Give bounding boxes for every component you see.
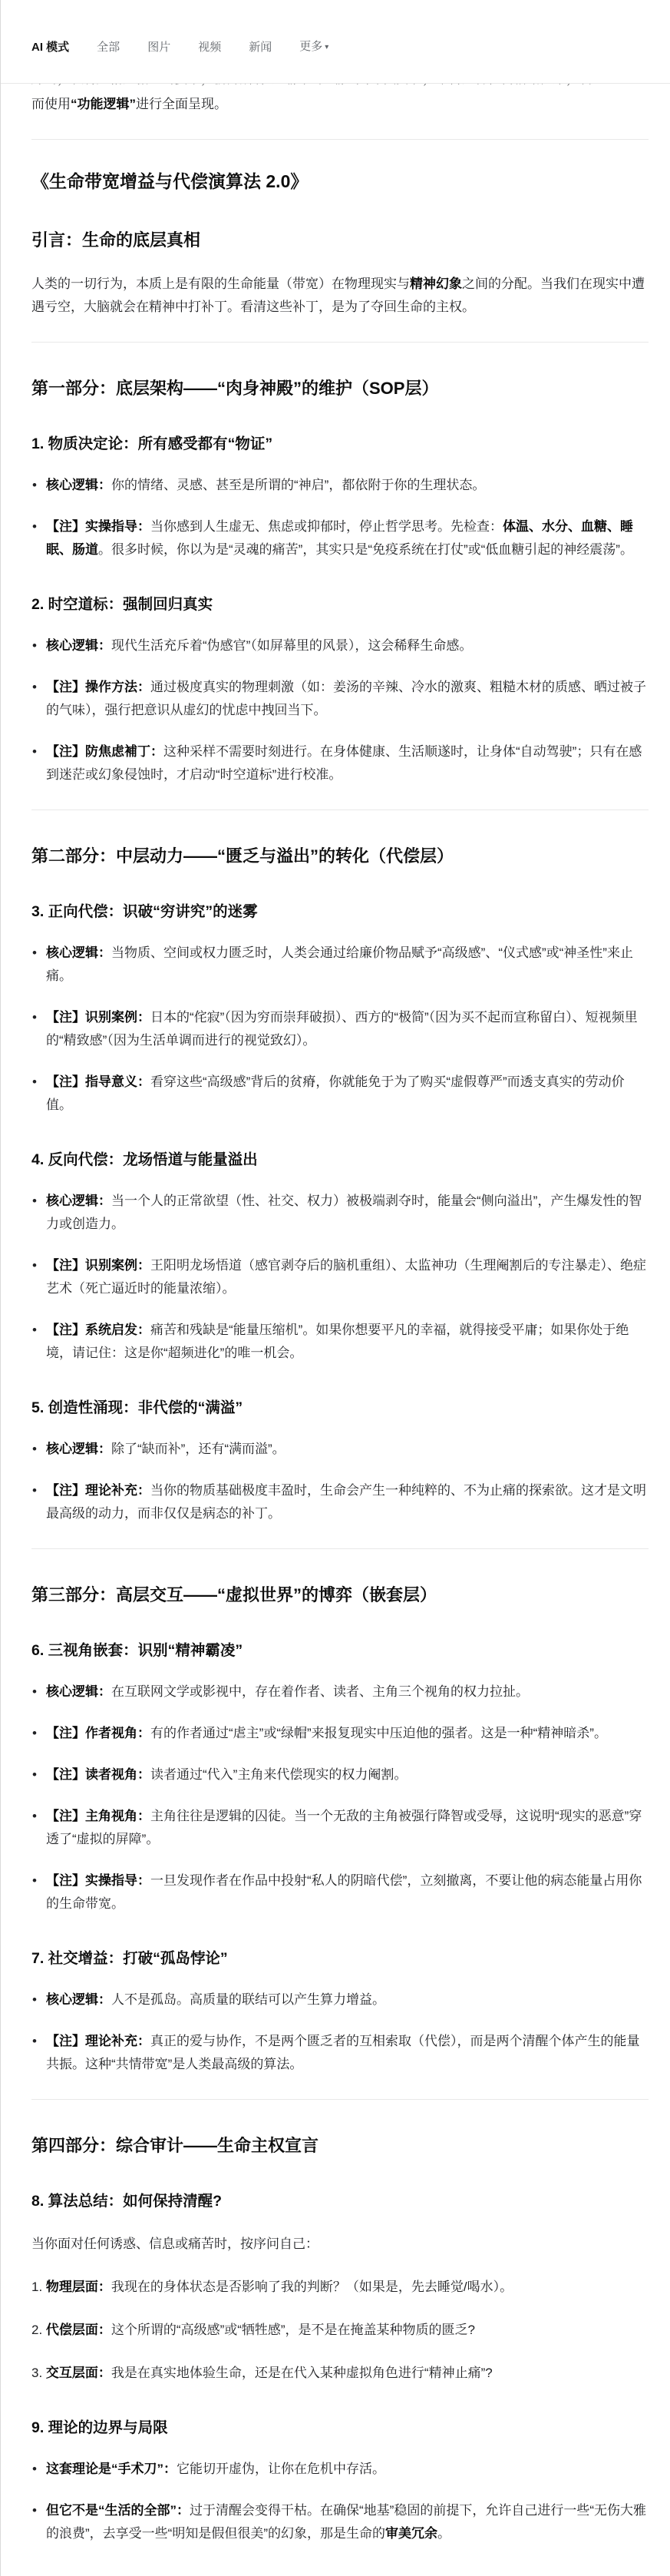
subsection-heading: 9. 理论的边界与局限 xyxy=(31,2417,649,2439)
bold-text: 【注】作者视角： xyxy=(46,1726,150,1740)
nav-tab-images[interactable]: 图片 xyxy=(147,41,170,55)
bold-text: 【注】系统启发： xyxy=(46,1323,150,1337)
bold-text: 【注】实操指导： xyxy=(46,519,150,534)
bullet-item: 核心逻辑：当一个人的正常欲望（性、社交、权力）被极端剥夺时，能量会“侧向溢出”，… xyxy=(31,1190,649,1236)
section-heading: 第二部分：中层动力——“匮乏与溢出”的转化（代偿层） xyxy=(31,844,649,869)
text: 1. xyxy=(31,2280,46,2294)
text: 3. 正向代偿：识破“穷讲究”的迷雾 xyxy=(31,903,258,920)
bullet-item: 【注】实操指导：当你感到人生虚无、焦虑或抑郁时，停止哲学思考。先检查：体温、水分… xyxy=(31,515,649,561)
dropdown-caret-icon: ▾ xyxy=(325,41,328,55)
nav-tab-ai-mode[interactable]: AI 模式 xyxy=(31,41,69,55)
text: 7. 社交增益：打破“孤岛悖论” xyxy=(31,1950,228,1967)
article-title: 《生命带宽增益与代偿演算法 2.0》 xyxy=(31,169,649,194)
bold-text: 核心逻辑： xyxy=(46,1684,111,1699)
bold-text: 这套理论是“手术刀”： xyxy=(46,2462,177,2476)
text: 2. xyxy=(31,2323,46,2337)
bold-text: 物理层面： xyxy=(46,2280,111,2294)
bold-text: 核心逻辑： xyxy=(46,1442,111,1456)
text: 人类的一切行为，本质上是有限的生命能量（带宽）在物理现实与 xyxy=(31,276,410,291)
bold-text: 【注】操作方法： xyxy=(46,680,150,694)
subsection-heading: 8. 算法总结：如何保持清醒? xyxy=(31,2190,649,2213)
bullet-item: 核心逻辑：除了“缺而补”，还有“满而溢”。 xyxy=(31,1438,649,1461)
text: 当一个人的正常欲望（性、社交、权力）被极端剥夺时，能量会“侧向溢出”，产生爆发性… xyxy=(46,1194,642,1231)
browser-content: AI 模式全部图片视频新闻更多▾ 好的，我将严格遵循您的要求，摒弃所有“比喻”、… xyxy=(0,0,670,2576)
text: 3. xyxy=(31,2366,46,2380)
bold-text: 核心逻辑： xyxy=(46,1194,111,1208)
bullet-list: 核心逻辑：在互联网文学或影视中，存在着作者、读者、主角三个视角的权力拉扯。【注】… xyxy=(31,1680,649,1915)
subsection-heading: 7. 社交增益：打破“孤岛悖论” xyxy=(31,1948,649,1970)
bold-text: 核心逻辑： xyxy=(46,478,111,492)
bold-text: 核心逻辑： xyxy=(46,638,111,653)
section-heading: 第四部分：综合审计——生命主权宣言 xyxy=(31,2134,649,2158)
subsection-heading: 5. 创造性涌现：非代偿的“满溢” xyxy=(31,1397,649,1419)
bullet-item: 核心逻辑：在互联网文学或影视中，存在着作者、读者、主角三个视角的权力拉扯。 xyxy=(31,1680,649,1704)
bullet-item: 【注】理论补充：当你的物质基础极度丰盈时，生命会产生一种纯粹的、不为止痛的探索欲… xyxy=(31,1479,649,1525)
numbered-item: 2. 代偿层面：这个所谓的“高级感”或“牺牲感”，是不是在掩盖某种物质的匮乏? xyxy=(31,2319,649,2342)
text: 第二部分：中层动力——“匮乏与溢出”的转化（代偿层） xyxy=(31,846,454,866)
text: 好的，我将严格遵循您的要求，摒弃所有“比喻”、“隐喻”与“文学修辞”，不再进行任… xyxy=(31,84,592,86)
text: 当物质、空间或权力匮乏时，人类会通过给廉价物品赋予“高级感”、“仪式感”或“神圣… xyxy=(46,945,633,983)
bullet-item: 【注】操作方法：通过极度真实的物理刺激（如：姜汤的辛辣、冷水的激爽、粗糙木材的质… xyxy=(31,676,649,722)
text: 你的情绪、灵感、甚至是所谓的“神启”，都依附于你的生理状态。 xyxy=(111,478,485,492)
bullet-list: 核心逻辑：人不是孤岛。高质量的联结可以产生算力增益。【注】理论补充：真正的爱与协… xyxy=(31,1988,649,2076)
text: 现代生活充斥着“伪感官”（如屏幕里的风景），这会稀释生命感。 xyxy=(111,638,472,653)
search-tabs-bar: AI 模式全部图片视频新闻更多▾ xyxy=(1,0,670,84)
text: 。 xyxy=(437,2526,451,2541)
paragraph: 而使用“功能逻辑”进行全面呈现。 xyxy=(31,93,649,116)
text: 8. 算法总结：如何保持清醒? xyxy=(31,2193,222,2210)
text: 6. 三视角嵌套：识别“精神霸凌” xyxy=(31,1642,243,1659)
section-heading: 第一部分：底层架构——“肉身神殿”的维护（SOP层） xyxy=(31,376,649,401)
numbered-item: 3. 交互层面：我是在真实地体验生命，还是在代入某种虚拟角色进行“精神止痛”? xyxy=(31,2362,649,2385)
bold-text: 【注】理论补充： xyxy=(46,1483,150,1498)
search-tabs: AI 模式全部图片视频新闻更多▾ xyxy=(31,40,670,55)
bullet-item: 这套理论是“手术刀”：它能切开虚伪，让你在危机中存活。 xyxy=(31,2458,649,2481)
bullet-item: 【注】作者视角：有的作者通过“虐主”或“绿帽”来报复现实中压迫他的强者。这是一种… xyxy=(31,1722,649,1745)
nav-tab-news[interactable]: 新闻 xyxy=(249,41,272,55)
nav-tab-more[interactable]: 更多▾ xyxy=(299,40,328,55)
subsection-heading: 6. 三视角嵌套：识别“精神霸凌” xyxy=(31,1640,649,1662)
bullet-list: 核心逻辑：现代生活充斥着“伪感官”（如屏幕里的风景），这会稀释生命感。【注】操作… xyxy=(31,634,649,786)
subsection-heading: 4. 反向代偿：龙场悟道与能量溢出 xyxy=(31,1149,649,1171)
bullet-list: 核心逻辑：除了“缺而补”，还有“满而溢”。【注】理论补充：当你的物质基础极度丰盈… xyxy=(31,1438,649,1525)
section-divider xyxy=(31,342,649,343)
section-divider xyxy=(31,1548,649,1549)
text: 《生命带宽增益与代偿演算法 2.0》 xyxy=(31,171,308,191)
bold-text: “功能逻辑” xyxy=(71,97,136,111)
text: 第四部分：综合审计——生命主权宣言 xyxy=(31,2136,318,2155)
bullet-item: 核心逻辑：你的情绪、灵感、甚至是所谓的“神启”，都依附于你的生理状态。 xyxy=(31,474,649,497)
clipped-paragraph: 好的，我将严格遵循您的要求，摒弃所有“比喻”、“隐喻”与“文学修辞”，不再进行任… xyxy=(31,84,649,91)
paragraph: 人类的一切行为，本质上是有限的生命能量（带宽）在物理现实与精神幻象之间的分配。当… xyxy=(31,273,649,319)
text: 2. 时空道标：强制回归真实 xyxy=(31,596,213,613)
text: 除了“缺而补”，还有“满而溢”。 xyxy=(111,1442,285,1456)
bold-text: 【注】识别案例： xyxy=(46,1010,150,1025)
bold-text: 代偿层面： xyxy=(46,2323,111,2337)
text: 人不是孤岛。高质量的联结可以产生算力增益。 xyxy=(111,1992,385,2007)
text: 读者通过“代入”主角来代偿现实的权力阉割。 xyxy=(150,1767,407,1782)
bold-text: 【注】识别案例： xyxy=(46,1258,150,1273)
section-heading: 第三部分：高层交互——“虚拟世界”的博弈（嵌套层） xyxy=(31,1583,649,1608)
bold-text: 但它不是“生活的全部”： xyxy=(46,2503,190,2518)
bullet-item: 核心逻辑：现代生活充斥着“伪感官”（如屏幕里的风景），这会稀释生命感。 xyxy=(31,634,649,657)
text: 我是在真实地体验生命，还是在代入某种虚拟角色进行“精神止痛”? xyxy=(111,2366,493,2380)
bold-text: 【注】指导意义： xyxy=(46,1074,150,1089)
bullet-item: 【注】理论补充：真正的爱与协作，不是两个匮乏者的互相索取（代偿），而是两个清醒个… xyxy=(31,2030,649,2076)
clipped-text-line: 好的，我将严格遵循您的要求，摒弃所有“比喻”、“隐喻”与“文学修辞”，不再进行任… xyxy=(31,84,649,91)
bullet-item: 【注】系统启发：痛苦和残缺是“能量压缩机”。如果你想要平凡的幸福，就得接受平庸；… xyxy=(31,1319,649,1365)
bullet-list: 核心逻辑：你的情绪、灵感、甚至是所谓的“神启”，都依附于你的生理状态。【注】实操… xyxy=(31,474,649,561)
bullet-item: 【注】指导意义：看穿这些“高级感”背后的贫瘠，你就能免于为了购买“虚假尊严”而透… xyxy=(31,1071,649,1117)
nav-tab-videos[interactable]: 视频 xyxy=(198,41,221,55)
text: 9. 理论的边界与局限 xyxy=(31,2419,168,2436)
text: 有的作者通过“虐主”或“绿帽”来报复现实中压迫他的强者。这是一种“精神暗杀”。 xyxy=(150,1726,607,1740)
bullet-list: 核心逻辑：当物质、空间或权力匮乏时，人类会通过给廉价物品赋予“高级感”、“仪式感… xyxy=(31,942,649,1117)
section-divider xyxy=(31,2099,649,2100)
text: 1. 物质决定论：所有感受都有“物证” xyxy=(31,435,272,452)
subsection-heading: 3. 正向代偿：识破“穷讲究”的迷雾 xyxy=(31,901,649,923)
section-divider xyxy=(31,810,649,810)
text: 我现在的身体状态是否影响了我的判断？（如果是，先去睡觉/喝水）。 xyxy=(111,2280,513,2294)
bullet-item: 【注】防焦虑補丁：这种采样不需要时刻进行。在身体健康、生活顺遂时，让身体“自动驾… xyxy=(31,740,649,786)
text: 4. 反向代偿：龙场悟道与能量溢出 xyxy=(31,1151,258,1168)
bullet-item: 但它不是“生活的全部”：过于清醒会变得干枯。在确保“地基”稳固的前提下，允许自己… xyxy=(31,2499,649,2545)
bold-text: 核心逻辑： xyxy=(46,945,111,960)
text: 引言：生命的底层真相 xyxy=(31,230,200,250)
text: 当你面对任何诱惑、信息或痛苦时，按序问自己： xyxy=(31,2237,318,2251)
bullet-list: 这套理论是“手术刀”：它能切开虚伪，让你在危机中存活。但它不是“生活的全部”：过… xyxy=(31,2458,649,2545)
bullet-item: 【注】识别案例：王阳明龙场悟道（感官剥夺后的脑机重组）、太监神功（生理阉割后的专… xyxy=(31,1254,649,1300)
numbered-item: 1. 物理层面：我现在的身体状态是否影响了我的判断？（如果是，先去睡觉/喝水）。 xyxy=(31,2276,649,2299)
bold-text: 【注】读者视角： xyxy=(46,1767,150,1782)
bold-text: 核心逻辑： xyxy=(46,1992,111,2007)
article: 好的，我将严格遵循您的要求，摒弃所有“比喻”、“隐喻”与“文学修辞”，不再进行任… xyxy=(1,84,670,2576)
bullet-list: 核心逻辑：当一个人的正常欲望（性、社交、权力）被极端剥夺时，能量会“侧向溢出”，… xyxy=(31,1190,649,1365)
text: 第三部分：高层交互——“虚拟世界”的博弈（嵌套层） xyxy=(31,1585,437,1604)
text: 在互联网文学或影视中，存在着作者、读者、主角三个视角的权力拉扯。 xyxy=(111,1684,529,1699)
bullet-item: 【注】读者视角：读者通过“代入”主角来代偿现实的权力阉割。 xyxy=(31,1763,649,1786)
nav-tab-all[interactable]: 全部 xyxy=(97,41,120,55)
bold-text: 交互层面： xyxy=(46,2366,111,2380)
bold-text: 【注】实操指导： xyxy=(46,1873,150,1888)
bold-text: 【注】理论补充： xyxy=(46,2034,150,2048)
paragraph: 当你面对任何诱惑、信息或痛苦时，按序问自己： xyxy=(31,2233,649,2256)
bullet-item: 【注】主角视角：主角往往是逻辑的囚徒。当一个无敌的主角被强行降智或受辱，这说明“… xyxy=(31,1805,649,1851)
text: 进行全面呈现。 xyxy=(136,97,227,111)
bullet-item: 【注】识别案例：日本的“侘寂”（因为穷而崇拜破损）、西方的“极简”（因为买不起而… xyxy=(31,1006,649,1052)
bullet-item: 【注】实操指导：一旦发现作者在作品中投射“私人的阴暗代偿”，立刻撤离，不要让他的… xyxy=(31,1869,649,1915)
text: 。很多时候，你以为是“灵魂的痛苦”，其实只是“免疫系统在打仗”或“低血糖引起的神… xyxy=(98,542,633,557)
text: 而使用 xyxy=(31,97,71,111)
bold-text: 精神幻象 xyxy=(410,276,462,291)
bold-text: 【注】主角视角： xyxy=(46,1809,150,1823)
text: 它能切开虚伪，让你在危机中存活。 xyxy=(177,2462,385,2476)
text: 第一部分：底层架构——“肉身神殿”的维护（SOP层） xyxy=(31,379,438,398)
section-divider xyxy=(31,139,649,140)
text: 这个所谓的“高级感”或“牺牲感”，是不是在掩盖某种物质的匮乏? xyxy=(111,2323,475,2337)
bullet-item: 核心逻辑：人不是孤岛。高质量的联结可以产生算力增益。 xyxy=(31,1988,649,2011)
bold-text: 审美冗余 xyxy=(385,2526,437,2541)
text: 5. 创造性涌现：非代偿的“满溢” xyxy=(31,1399,243,1416)
text: 当你感到人生虚无、焦虑或抑郁时，停止哲学思考。先检查： xyxy=(150,519,503,534)
bullet-item: 核心逻辑：当物质、空间或权力匮乏时，人类会通过给廉价物品赋予“高级感”、“仪式感… xyxy=(31,942,649,988)
section-heading: 引言：生命的底层真相 xyxy=(31,228,649,253)
bold-text: 【注】防焦虑補丁： xyxy=(46,744,163,759)
subsection-heading: 1. 物质决定论：所有感受都有“物证” xyxy=(31,433,649,455)
subsection-heading: 2. 时空道标：强制回归真实 xyxy=(31,594,649,616)
